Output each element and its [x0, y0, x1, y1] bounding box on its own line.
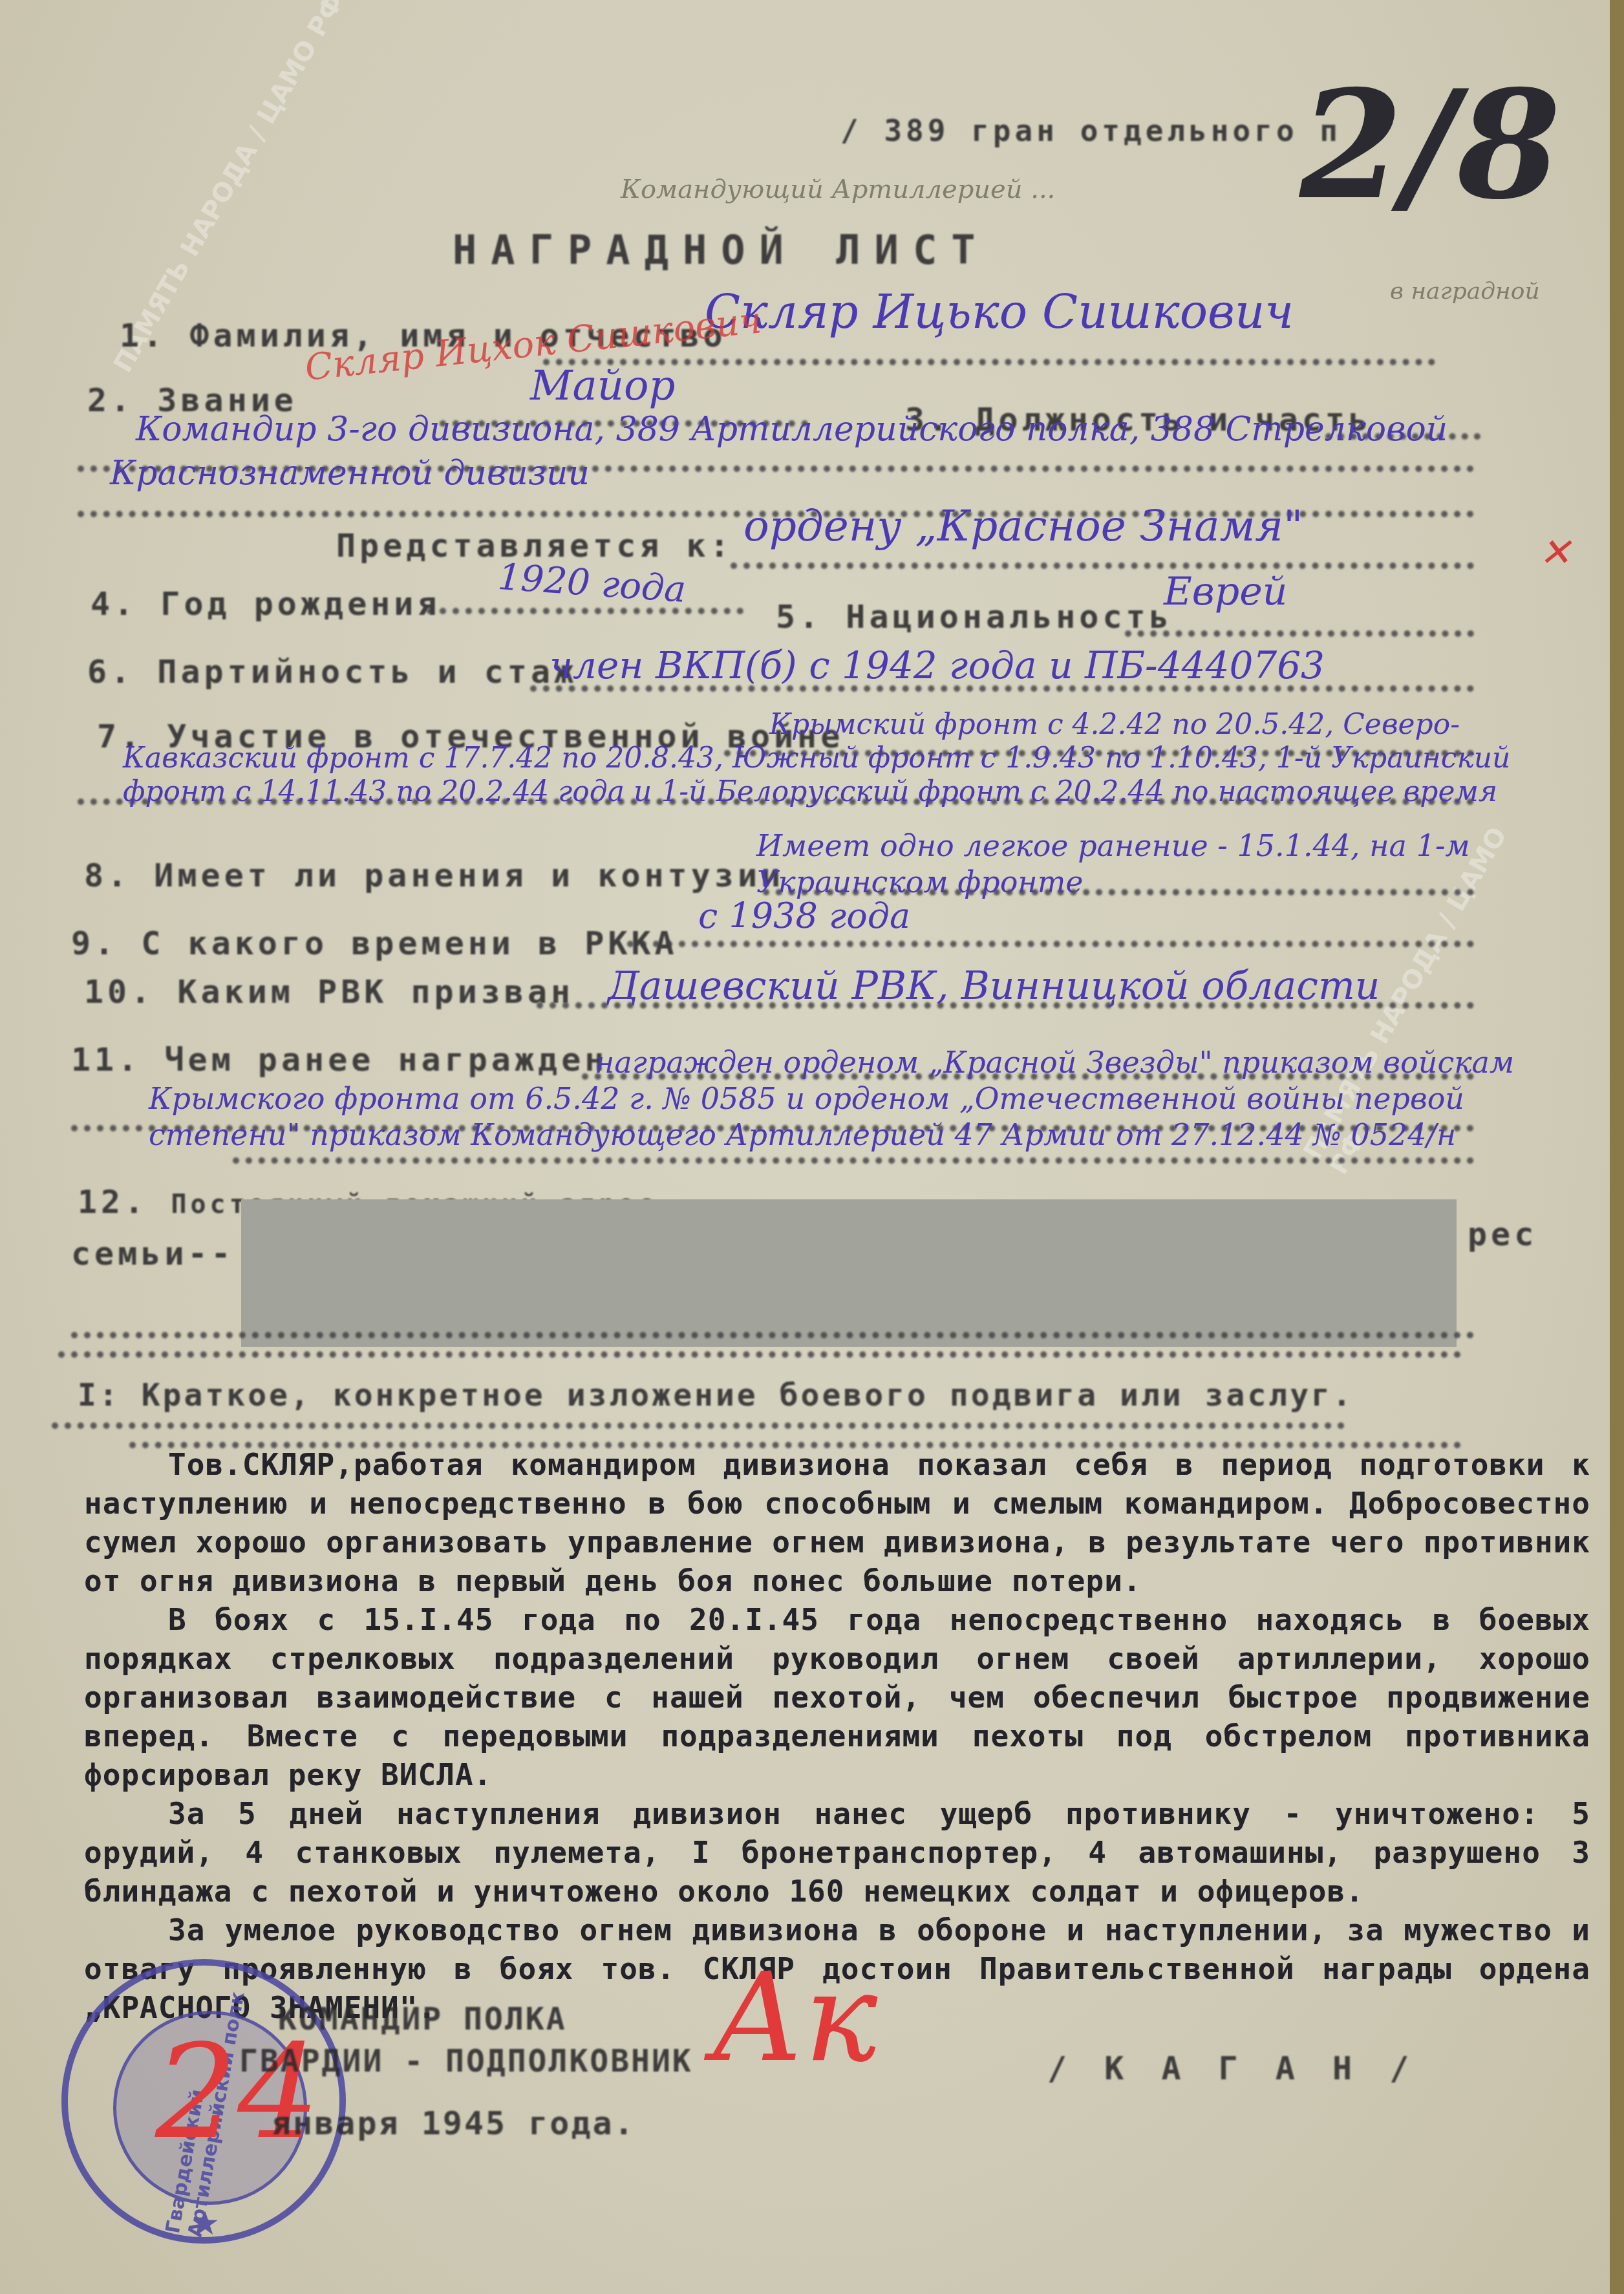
- signatory-name: / К А Г А Н /: [1047, 2050, 1418, 2087]
- redacted-address: [скрыто]: [241, 1199, 1457, 1347]
- document-title: НАГРАДНОЙ ЛИСТ: [453, 226, 990, 273]
- field-line: [627, 941, 1474, 947]
- field-line: [543, 359, 1435, 365]
- field-line: [58, 1351, 1461, 1358]
- field-12-label-cont: семьи--: [71, 1235, 235, 1272]
- narrative: Тов.СКЛЯР,работая командиром дивизиона п…: [84, 1445, 1590, 2027]
- document-page: ПАМЯТЬ НАРОДА / ЦАМО РФ ПАМЯТЬ НАРОДА / …: [0, 0, 1610, 2294]
- star-icon: ★: [191, 2205, 220, 2242]
- field-2-value: Майор: [530, 362, 675, 410]
- signature-title: КОМАНДИР ПОЛКА: [278, 2001, 567, 2037]
- field-8-label: 8. Имеет ли ранения и контузии: [84, 857, 784, 894]
- red-pencil-mark: ✕: [1539, 530, 1571, 575]
- header-handwritten-note: Командующий Артиллерией ...: [621, 175, 1055, 204]
- field-5-label: 5. Национальность: [776, 598, 1173, 636]
- field-10-label: 10. Каким РВК призван: [84, 973, 574, 1011]
- date-day-handwritten: 24: [155, 2017, 320, 2168]
- field-6-label: 6. Партийность и стаж: [87, 653, 577, 691]
- section-2-title: I: Краткое, конкретное изложение боевого…: [78, 1377, 1354, 1413]
- field-9-value: с 1938 года: [698, 895, 910, 936]
- header-unit: / 389 гран отдельного п: [840, 113, 1341, 148]
- signature-rank: ГВАРДИИ - ПОДПОЛКОВНИК: [239, 2043, 693, 2079]
- page-edge: [1610, 0, 1624, 2294]
- field-line: [1125, 630, 1474, 637]
- field-1-value: Скляр Ицько Сишкович: [705, 284, 1294, 339]
- corner-note: в наградной: [1390, 278, 1540, 305]
- field-3-value: Командир 3-го дивизиона, 389 Артиллерийс…: [110, 407, 1597, 495]
- field-line: [52, 1422, 1345, 1429]
- field-10-value: Дашевский РВК, Винницкой области: [608, 963, 1380, 1009]
- field-line: [233, 1157, 1474, 1164]
- commander-signature: Ак: [711, 1946, 877, 2089]
- field-7-value: Крымский фронт с 4.2.42 по 20.5.42, Севе…: [123, 708, 1610, 809]
- field-line: [427, 608, 743, 614]
- narrative-paragraph: За 5 дней наступления дивизион нанес уще…: [84, 1794, 1590, 1911]
- field-line: [731, 563, 1474, 569]
- narrative-paragraph: В боях с 15.I.45 года по 20.I.45 года не…: [84, 1600, 1590, 1794]
- field-8-value: Имеет одно легкое ранение - 15.1.44, на …: [756, 828, 1584, 900]
- signature-date: января 1945 года.: [272, 2105, 636, 2142]
- field-line: [71, 1332, 1474, 1338]
- field-4-label: 4. Год рождения: [91, 585, 441, 623]
- field-9-label: 9. С какого времени в РККА: [71, 925, 678, 962]
- narrative-paragraph: Тов.СКЛЯР,работая командиром дивизиона п…: [84, 1445, 1590, 1600]
- field-5-value: Еврей: [1164, 569, 1287, 614]
- nominated-for-value: ордену „Красное Знамя": [743, 501, 1303, 551]
- field-6-value: член ВКП(б) с 1942 года и ПБ-4440763: [550, 643, 1325, 687]
- archive-number: 2/8: [1299, 58, 1561, 233]
- field-12-label-end: рес: [1468, 1216, 1537, 1253]
- field-11-value: награжден орденом „Красной Звезды" прика…: [149, 1044, 1584, 1153]
